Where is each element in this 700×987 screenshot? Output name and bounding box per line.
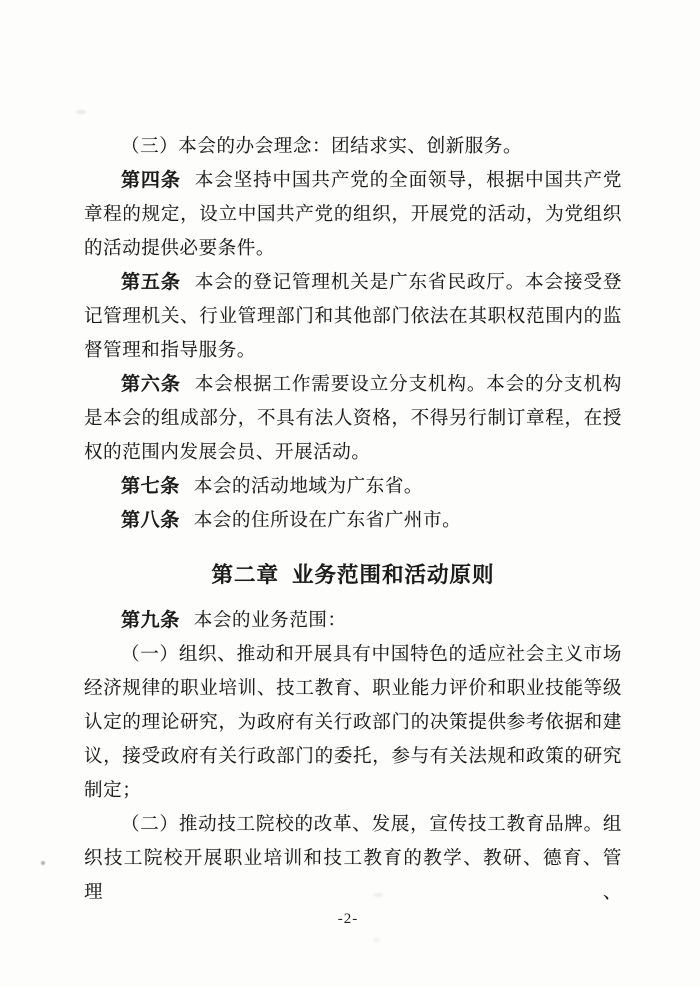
document-line: （二）推动技工院校的改革、发展，宣传技工教育品牌。组 bbox=[84, 808, 622, 842]
document-line: 督管理和指导服务。 bbox=[84, 334, 622, 368]
scan-smudge bbox=[41, 861, 45, 865]
document-line: 认定的理论研究，为政府有关行政部门的决策提供参考依据和建 bbox=[84, 706, 622, 740]
document-line: 议，接受政府有关行政部门的委托，参与有关法规和政策的研究 bbox=[84, 740, 622, 774]
document-line: 是本会的组成部分，不具有法人资格，不得另行制订章程，在授 bbox=[84, 402, 622, 436]
document-line: 第四条本会坚持中国共产党的全面领导，根据中国共产党 bbox=[84, 164, 622, 198]
document-line: 经济规律的职业培训、技工教育、职业能力评价和职业技能等级 bbox=[84, 672, 622, 706]
document-line: （三）本会的办会理念：团结求实、创新服务。 bbox=[84, 130, 622, 164]
document-line: 第九条本会的业务范围： bbox=[84, 604, 622, 638]
document-line: 制定； bbox=[84, 774, 622, 808]
article-number-label: 第七条 bbox=[121, 476, 180, 497]
document-line: 记管理机关、行业管理部门和其他部门依法在其职权范围内的监 bbox=[84, 300, 622, 334]
scan-smudge bbox=[373, 938, 380, 942]
scanned-document-page: （三）本会的办会理念：团结求实、创新服务。第四条本会坚持中国共产党的全面领导，根… bbox=[0, 0, 700, 987]
article-number-label: 第四条 bbox=[121, 170, 181, 191]
document-line: 第七条本会的活动地域为广东省。 bbox=[84, 470, 622, 504]
chapter-heading: 第二章 业务范围和活动原则 bbox=[84, 555, 622, 595]
article-number-label: 第九条 bbox=[121, 610, 180, 631]
page-number: -2- bbox=[0, 911, 696, 928]
document-line: （一）组织、推动和开展具有中国特色的适应社会主义市场 bbox=[84, 638, 622, 672]
document-line: 第六条本会根据工作需要设立分支机构。本会的分支机构 bbox=[84, 368, 622, 402]
document-line: 权的范围内发展会员、开展活动。 bbox=[84, 436, 622, 470]
document-line: 的活动提供必要条件。 bbox=[84, 232, 622, 266]
article-number-label: 第八条 bbox=[121, 510, 180, 531]
document-line: 第八条本会的住所设在广东省广州市。 bbox=[84, 504, 622, 538]
document-line: 织技工院校开展职业培训和技工教育的教学、教研、德育、管理、 bbox=[84, 842, 622, 876]
article-number-label: 第五条 bbox=[121, 272, 181, 293]
document-body: （三）本会的办会理念：团结求实、创新服务。第四条本会坚持中国共产党的全面领导，根… bbox=[84, 130, 622, 876]
article-number-label: 第六条 bbox=[121, 374, 181, 395]
document-line: 章程的规定，设立中国共产党的组织，开展党的活动，为党组织 bbox=[84, 198, 622, 232]
document-line: 第五条本会的登记管理机关是广东省民政厅。本会接受登 bbox=[84, 266, 622, 300]
scan-smudge bbox=[76, 110, 86, 114]
